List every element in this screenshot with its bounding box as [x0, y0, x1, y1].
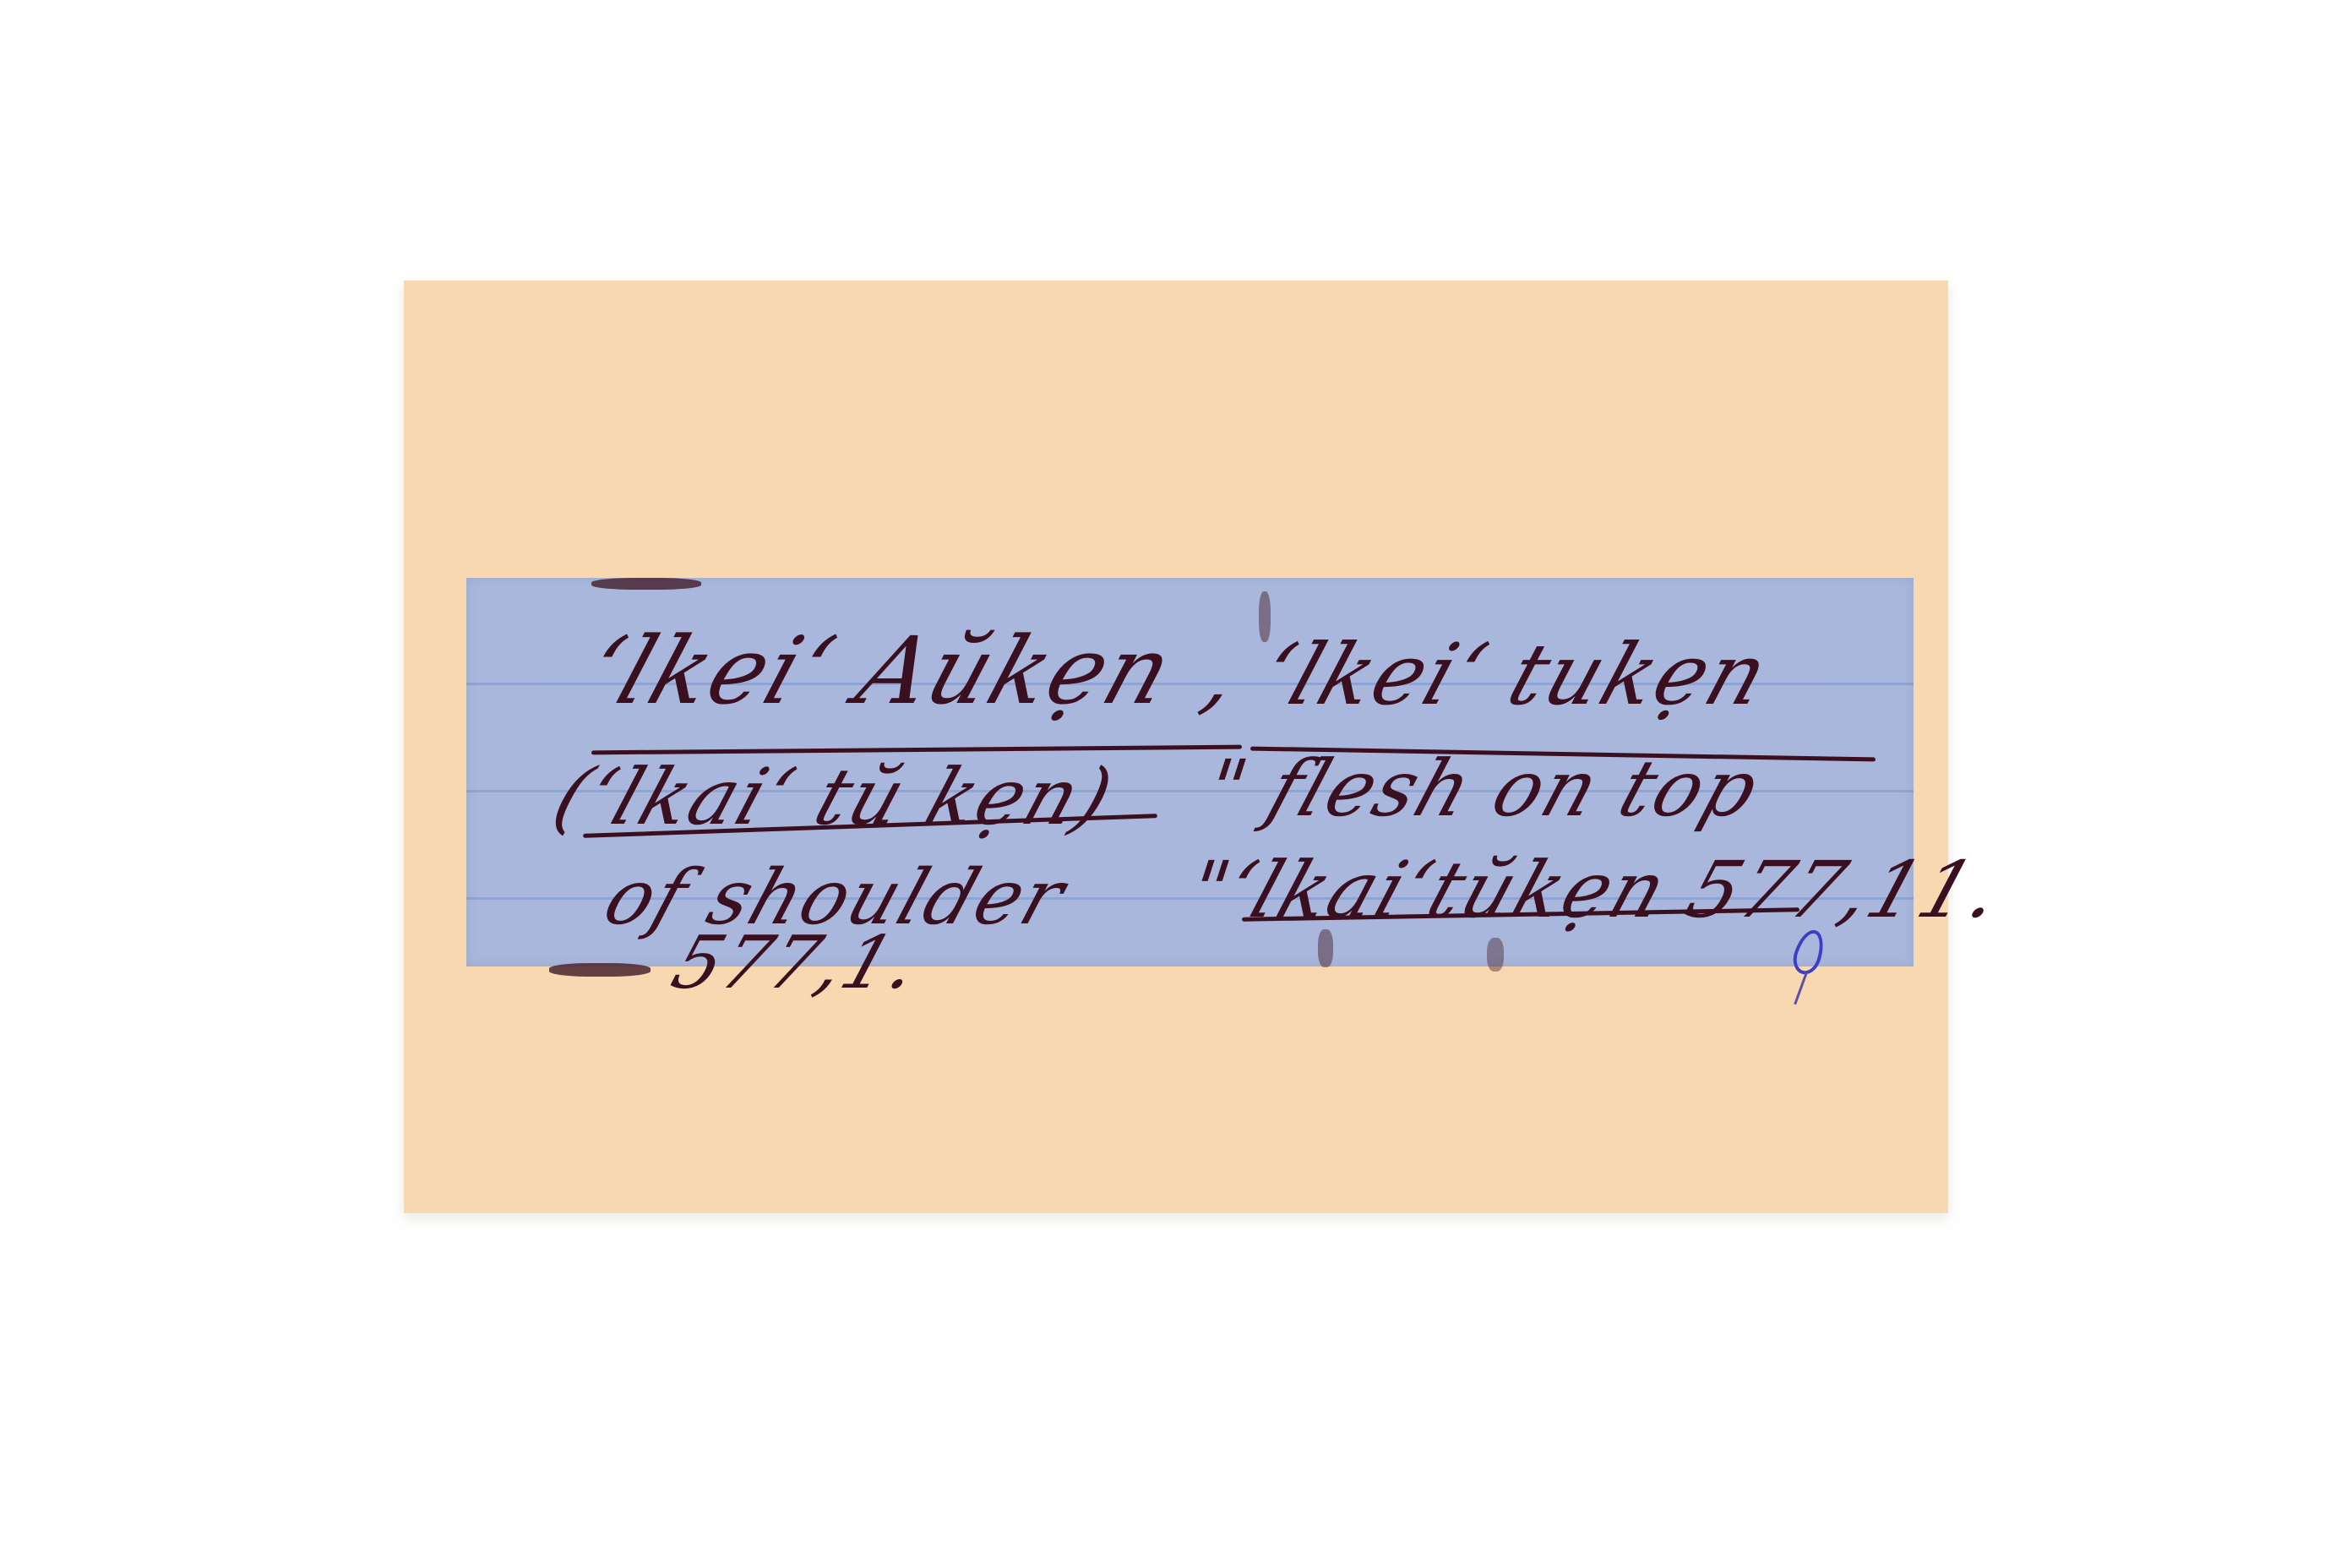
handwriting-line-4-left: 577,1.	[662, 921, 931, 1005]
handwriting-line-1-right: , ʻlkeiʻ tukẹn	[1192, 625, 1781, 724]
handwriting-line-2-right: " flesh on top	[1194, 743, 1771, 834]
handwriting-line-3-right: "ʻlkaiʻtŭkẹn 577,11.	[1177, 845, 2014, 935]
handwriting-line-1-left: ʻlkeiʻ Aŭkẹn	[574, 617, 1186, 725]
ink-stain	[591, 578, 701, 590]
ink-stain	[549, 963, 651, 977]
ink-stain	[1487, 938, 1504, 972]
